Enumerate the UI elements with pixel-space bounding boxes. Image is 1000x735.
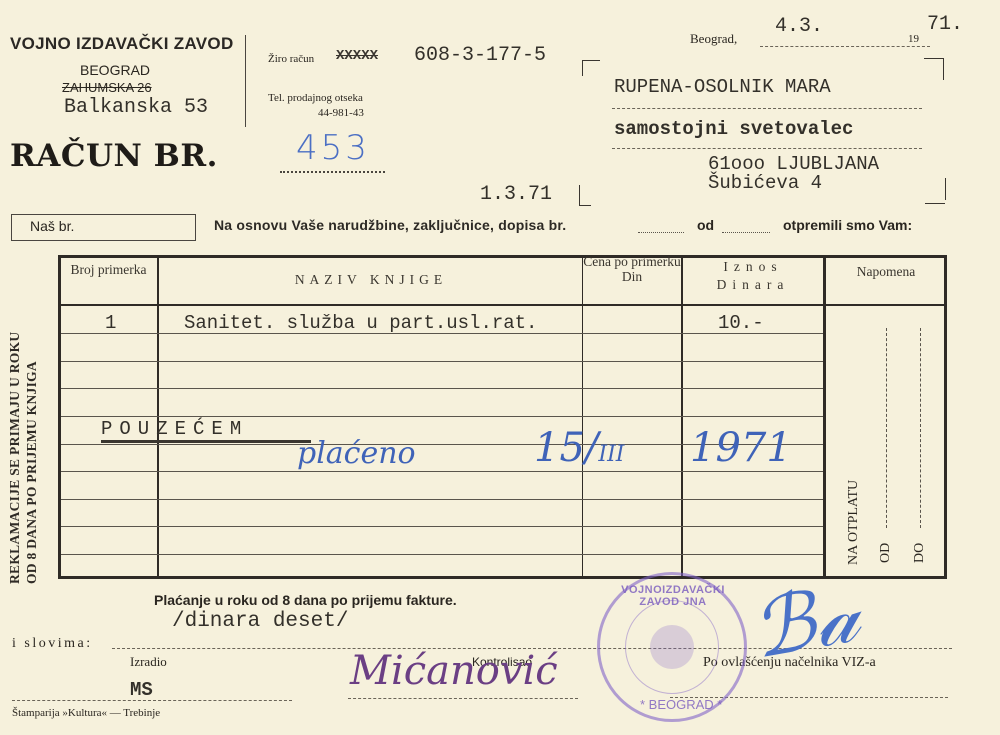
payment-terms: Plaćanje u roku od 8 dana po prijemu fak… — [154, 592, 457, 608]
table-row-qty: 1 — [105, 312, 116, 334]
publisher-city: BEOGRAD — [80, 62, 150, 78]
table-row-line — [61, 361, 823, 362]
nas-br-label: Naš br. — [30, 218, 74, 234]
header-iznos-line2: Dinara — [683, 276, 823, 294]
otplata-od-field — [886, 328, 887, 528]
address-corner — [582, 60, 600, 61]
stamp-top-text: VOJNOIZDAVAČKI ZAVOD JNA — [610, 584, 736, 608]
prepared-by-value: MS — [130, 679, 153, 701]
cod-underline — [101, 440, 311, 443]
table-row-line — [61, 388, 823, 389]
invoice-number: 453 — [296, 128, 370, 168]
tel-value: 44-981-43 — [318, 107, 364, 119]
date-year: 71. — [927, 13, 963, 36]
address-corner — [582, 60, 583, 76]
table-header-divider — [58, 304, 947, 306]
column-divider — [157, 255, 159, 579]
ziro-label: Žiro račun — [268, 53, 314, 65]
invoice-title: RAČUN BR. — [10, 138, 218, 174]
recipient-line — [612, 148, 922, 149]
table-row-line — [61, 499, 823, 500]
invoice-number-line — [280, 171, 385, 173]
table-row-title: Sanitet. služba u part.usl.rat. — [184, 312, 537, 334]
table-row-line — [61, 526, 823, 527]
ziro-old-value: XXXXX — [336, 48, 378, 64]
amount-in-words: /dinara deset/ — [172, 610, 348, 633]
address-corner — [945, 178, 946, 200]
date-line — [760, 46, 930, 47]
handwritten-month: III — [598, 442, 624, 467]
recipient-street: Šubićeva 4 — [708, 172, 822, 194]
ziro-value: 608-3-177-5 — [414, 44, 546, 67]
table-row-line — [61, 416, 823, 417]
otplata-od-label: OD — [878, 543, 894, 563]
publisher-old-address: ZAHUMSKA 26 — [62, 80, 152, 95]
publisher-name: VOJNO IZDAVAČKI ZAVOD — [10, 34, 234, 54]
prepared-by-line — [12, 700, 292, 701]
handwritten-date-day: 15/III — [534, 425, 624, 471]
handwritten-paid-note: plaćeno — [297, 436, 416, 471]
prepared-by-label: Izradio — [130, 654, 167, 670]
recipient-name: RUPENA-OSOLNIK MARA — [614, 76, 831, 98]
cod-note: POUZEĆEM — [101, 418, 248, 440]
amount-in-words-label: i slovima: — [12, 636, 93, 652]
reference-text: Na osnovu Vaše narudžbine, zaključnice, … — [214, 217, 566, 233]
printer-credit: Štamparija »Kultura« — Trebinje — [12, 707, 160, 719]
reference-number-field — [638, 232, 684, 233]
reference-date-field — [722, 232, 770, 233]
stamp-emblem-icon — [650, 625, 694, 669]
column-divider — [582, 255, 583, 579]
recipient-title: samostojni svetovalec — [614, 118, 853, 140]
handwritten-day: 15/ — [534, 425, 598, 471]
column-divider — [681, 255, 683, 579]
date-place-label: Beograd, — [690, 31, 737, 47]
complaints-note-line2: OD 8 DANA PO PRIJEMU KNJIGA — [23, 254, 40, 584]
complaints-note: REKLAMACIJE SE PRIMAJU U ROKU OD 8 DANA … — [6, 254, 40, 584]
otplata-label: NA OTPLATU — [846, 480, 862, 565]
header-broj: Broj primerka — [60, 262, 157, 277]
tel-label: Tel. prodajnog otseka — [268, 92, 363, 104]
address-corner — [579, 205, 591, 206]
complaints-note-line1: REKLAMACIJE SE PRIMAJU U ROKU — [6, 254, 23, 584]
date-day-month: 4.3. — [775, 15, 823, 38]
handwritten-date-year: 1971 — [690, 425, 792, 471]
otplata-do-field — [920, 328, 921, 528]
checked-by-line — [348, 698, 578, 699]
stamp-bottom-text: * BEOGRAD * — [640, 697, 722, 712]
address-corner — [925, 203, 945, 204]
signature-checker: Mićanović — [350, 648, 558, 694]
recipient-line — [612, 108, 922, 109]
date-century: 19 — [908, 33, 919, 45]
signature-authorizer: ℬ𝒶 — [745, 566, 867, 677]
table-row-line — [61, 471, 823, 472]
reference-od-label: od — [697, 217, 714, 233]
header-iznos: Iznos Dinara — [683, 258, 823, 294]
column-divider — [823, 255, 826, 579]
table-row-line — [61, 554, 823, 555]
address-corner — [943, 58, 944, 80]
order-date: 1.3.71 — [480, 183, 552, 206]
header-iznos-line1: Iznos — [683, 258, 823, 276]
reference-text-end: otpremili smo Vam: — [783, 217, 912, 233]
address-corner — [924, 58, 944, 59]
table-row-amount: 10.- — [718, 312, 764, 334]
publisher-new-address: Balkanska 53 — [64, 96, 208, 119]
otplata-do-label: DO — [912, 543, 928, 563]
header-cena: Cena po primerku Din — [583, 254, 681, 284]
address-corner — [579, 185, 580, 205]
header-divider — [245, 35, 246, 127]
header-naziv: NAZIV KNJIGE — [160, 272, 582, 287]
header-napomena: Napomena — [826, 264, 946, 279]
